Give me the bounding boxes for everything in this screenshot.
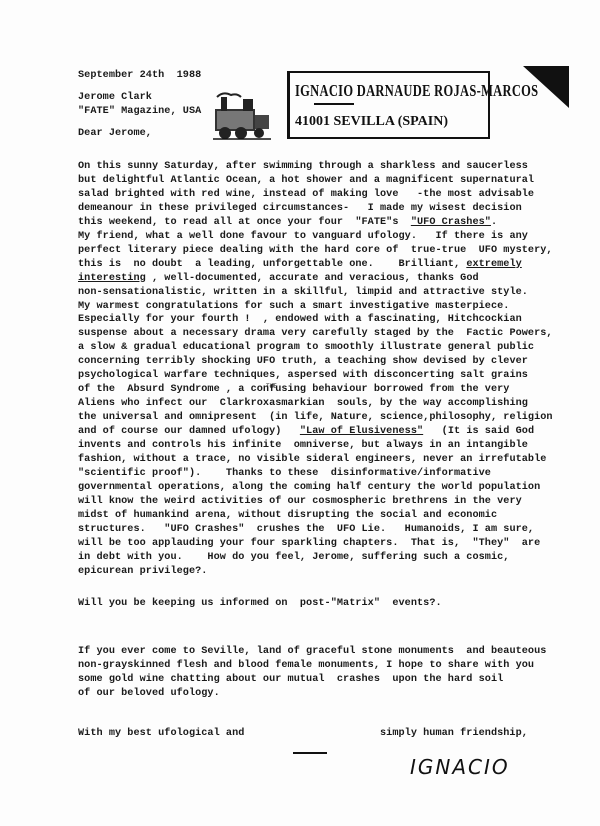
body-line: will be too applauding your four sparkli…	[78, 537, 540, 551]
closing-line: non-grayskinned flesh and blood female m…	[78, 659, 534, 673]
valediction-right: simply human friendship,	[380, 728, 528, 739]
stamp-address: 41001 SEVILLA (SPAIN)	[295, 114, 448, 130]
question-line: Will you be keeping us informed on post-…	[78, 597, 442, 611]
recipient-org: "FATE" Magazine, USA	[78, 106, 201, 117]
body-line: perfect literary piece dealing with the …	[78, 244, 553, 258]
body-line: Especially for your fourth ! , endowed w…	[78, 313, 522, 327]
body-line: My friend, what a well done favour to va…	[78, 230, 528, 244]
body-line: My warmest congratulations for such a sm…	[78, 300, 509, 314]
closing-line: If you ever come to Seville, land of gra…	[78, 645, 546, 659]
body-line: psychological warfare techniques, aspers…	[78, 369, 528, 383]
recipient-name: Jerome Clark	[78, 92, 152, 103]
sender-address-stamp: IGNACIO DARNAUDE ROJAS-MARCOS 41001 SEVI…	[287, 71, 490, 139]
body-line: invents and controls his infinite omnive…	[78, 439, 528, 453]
letter-page: September 24th 1988 Jerome Clark "FATE" …	[0, 0, 600, 826]
body-line: On this sunny Saturday, after swimming t…	[78, 160, 528, 174]
stamp-sender-name: IGNACIO DARNAUDE ROJAS-MARCOS	[295, 81, 538, 101]
handwritten-annotation: THE	[266, 383, 277, 390]
steam-locomotive-icon	[213, 91, 271, 141]
corner-triangle-mark	[523, 66, 569, 108]
stamp-underline	[314, 103, 354, 105]
body-line: will know the weird activities of our co…	[78, 495, 522, 509]
body-line: epicurean privilege?.	[78, 565, 207, 579]
body-line: interesting , well-documented, accurate …	[78, 272, 479, 286]
body-line: demeanour in these privileged circumstan…	[78, 202, 522, 216]
salutation: Dear Jerome,	[78, 128, 152, 139]
body-line: suspense about a necessary drama very ca…	[78, 327, 553, 341]
body-line: but delightful Atlantic Ocean, a hot sho…	[78, 174, 534, 188]
body-line: this weekend, to read all at once your f…	[78, 216, 497, 230]
closing-line: some gold wine chatting about our mutual…	[78, 673, 503, 687]
body-line: in debt with you. How do you feel, Jerom…	[78, 551, 509, 565]
body-line: concerning terribly shocking UFO truth, …	[78, 355, 528, 369]
body-line: the universal and omnipresent (in life, …	[78, 411, 553, 425]
signature: IGNACIO	[410, 755, 510, 779]
body-line: Aliens who infect our Clarkroxasmarkian …	[78, 397, 528, 411]
signature-dash	[293, 752, 327, 754]
body-line: fashion, without a trace, no visible sid…	[78, 453, 546, 467]
body-line: "scientific proof"). Thanks to these dis…	[78, 467, 491, 481]
body-line: structures. "UFO Crashes" crushes the UF…	[78, 523, 534, 537]
body-line: midst of humankind arena, without disrup…	[78, 509, 497, 523]
body-line: of the Absurd Syndrome , a confusing beh…	[78, 383, 509, 397]
valediction-left: With my best ufological and	[78, 728, 244, 739]
body-line: non-sensationalistic, written in a skill…	[78, 286, 528, 300]
body-line: a slow & gradual educational program to …	[78, 341, 534, 355]
body-line: salad brighted with red wine, instead of…	[78, 188, 534, 202]
closing-line: of our beloved ufology.	[78, 687, 220, 701]
body-line: governmental operations, along the comin…	[78, 481, 540, 495]
letter-date: September 24th 1988	[78, 70, 201, 81]
body-line: and of course our damned ufology) "Law o…	[78, 425, 534, 439]
body-line: this is no doubt a leading, unforgettabl…	[78, 258, 522, 272]
